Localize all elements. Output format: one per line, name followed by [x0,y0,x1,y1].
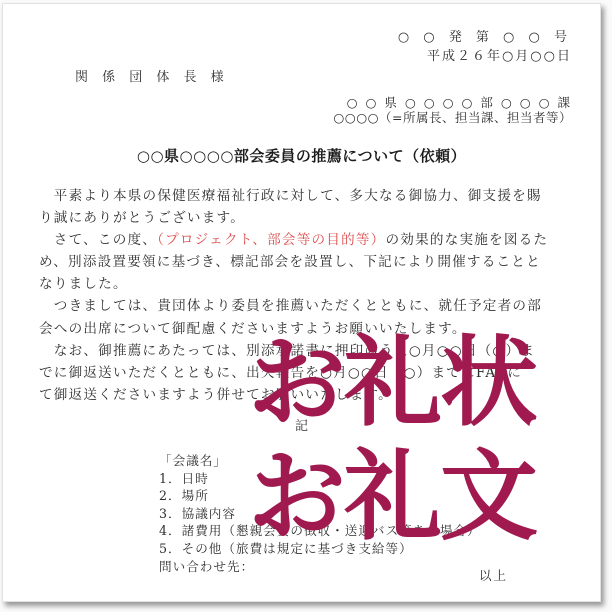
body-line: なりました。 [39,273,584,295]
sender-person-line: ○○○○（=所属長、担当課、担当者等） [333,108,572,126]
body-line: め、別添設置要領に基づき、標記部会を設置し、下記により開催することと [39,251,584,273]
watermark-line-2: お礼文 [248,440,536,554]
red-purpose-note: （プロジェクト、部会等の目的等） [157,232,385,248]
body-line: り誠にありがとうございます。 [39,207,584,229]
document-date: 平成２６年○月○○日 [427,45,572,64]
body-line-with-red-note: さて、この度、（プロジェクト、部会等の目的等）の効果的な実施を図るた [39,229,584,251]
document-number: ○ ○ 発 第 ○ ○ 号 [398,26,572,45]
screenshot-root: { "header": { "doc_number": "○ ○ 発 第 ○ ○… [0,0,612,612]
contact-label: 問い合わせ先： [159,558,481,576]
recipient-line: 関 係 団 体 長 様 [75,66,229,85]
body-line-pre: さて、この度、 [39,232,157,248]
body-line: つきましては、貴団体より委員を推薦いただくとともに、就任予定者の部 [39,295,584,317]
closing-ijou: 以上 [479,566,508,584]
body-line-post: の効果的な実施を図るた [385,232,548,248]
watermark-line-1: お礼状 [248,326,536,440]
letter-title: ○○県○○○○部会委員の推薦について（依頼） [3,145,600,166]
body-line: 平素より本県の保健医療福祉行政に対して、多大なる御協力、御支援を賜 [39,185,584,207]
watermark-text: お礼状 お礼文 [248,326,536,554]
